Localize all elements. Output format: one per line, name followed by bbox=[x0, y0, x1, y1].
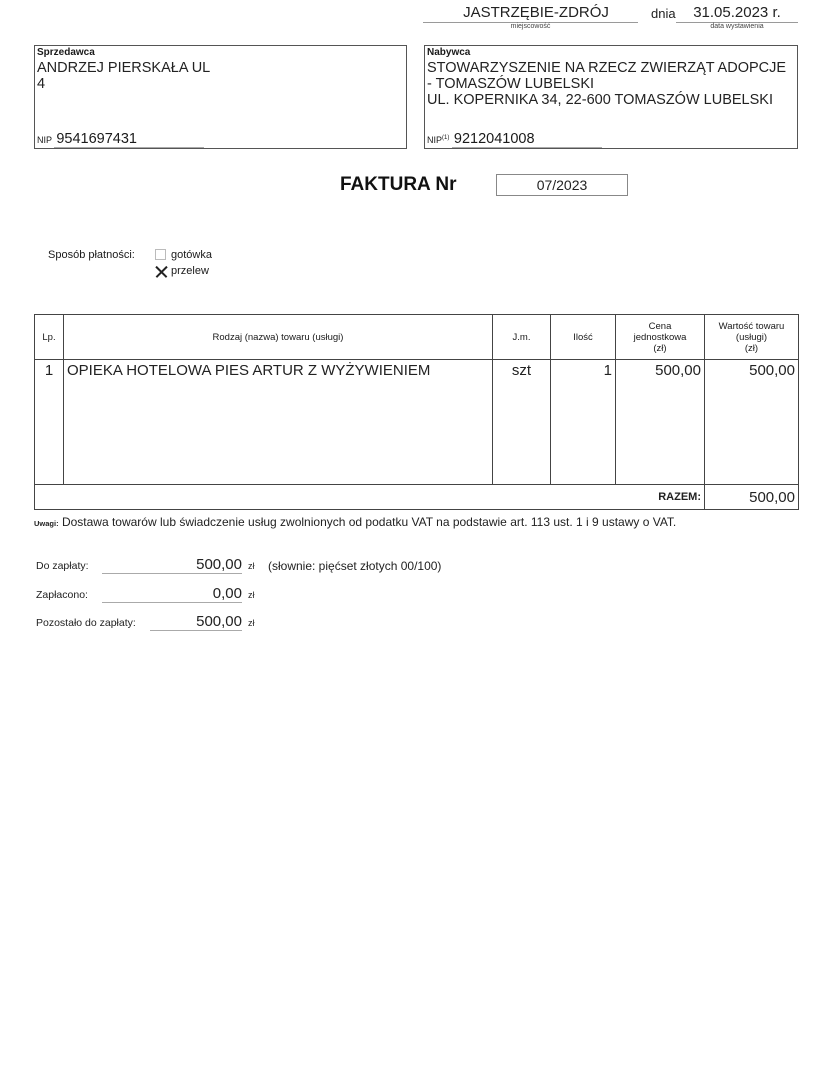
col-header-price-line: jednostkowa bbox=[619, 332, 701, 343]
buyer-label: Nabywca bbox=[427, 47, 470, 58]
date-caption: data wystawienia bbox=[676, 23, 798, 30]
table-header-row: Lp. Rodzaj (nazwa) towaru (usługi) J.m. … bbox=[35, 315, 799, 360]
buyer-nip-label: NIP bbox=[427, 135, 442, 145]
col-header-value-line: (zł) bbox=[708, 343, 795, 354]
seller-label: Sprzedawca bbox=[37, 47, 95, 58]
col-header-price-line: Cena bbox=[619, 321, 701, 332]
issue-date-value: 31.05.2023 r. bbox=[676, 4, 798, 21]
cell-price: 500,00 bbox=[616, 360, 705, 485]
table-total-row: RAZEM: 500,00 bbox=[35, 485, 799, 510]
total-value: 500,00 bbox=[705, 485, 799, 510]
seller-box: Sprzedawca ANDRZEJ PIERSKAŁA UL 4 NIP 95… bbox=[34, 45, 407, 149]
items-table: Lp. Rodzaj (nazwa) towaru (usługi) J.m. … bbox=[34, 314, 799, 510]
place-value: JASTRZĘBIE-ZDRÓJ bbox=[436, 4, 636, 21]
seller-name-line: ANDRZEJ PIERSKAŁA UL bbox=[37, 60, 402, 76]
amount-in-words: (słownie: pięćset złotych 00/100) bbox=[268, 559, 441, 573]
col-header-lp: Lp. bbox=[35, 315, 64, 360]
amount-due-value: 500,00 bbox=[102, 556, 242, 574]
col-header-unit: J.m. bbox=[493, 315, 551, 360]
amount-remaining-row: Pozostało do zapłaty: 500,00 zł bbox=[36, 617, 136, 629]
buyer-box: Nabywca STOWARZYSZENIE NA RZECZ ZWIERZĄT… bbox=[424, 45, 798, 149]
cell-value: 500,00 bbox=[705, 360, 799, 485]
buyer-name-line: - TOMASZÓW LUBELSKI bbox=[427, 76, 793, 92]
seller-name: ANDRZEJ PIERSKAŁA UL 4 bbox=[37, 60, 402, 92]
amount-due-row: Do zapłaty: 500,00 zł (słownie: pięćset … bbox=[36, 560, 89, 572]
amount-paid-label: Zapłacono: bbox=[36, 589, 88, 601]
remarks-text: Dostawa towarów lub świadczenie usług zw… bbox=[62, 515, 676, 529]
payment-option-label: gotówka bbox=[171, 249, 212, 261]
payment-option-cash[interactable]: gotówka bbox=[155, 249, 212, 261]
remarks-label: Uwagi: bbox=[34, 519, 59, 528]
seller-nip-label: NIP bbox=[37, 135, 52, 145]
col-header-value-line: (usługi) bbox=[708, 332, 795, 343]
payment-option-label: przelew bbox=[171, 265, 209, 277]
amount-paid-currency: zł bbox=[248, 590, 255, 600]
buyer-name: STOWARZYSZENIE NA RZECZ ZWIERZĄT ADOPCJE… bbox=[427, 60, 793, 108]
buyer-name-line: UL. KOPERNIKA 34, 22-600 TOMASZÓW LUBELS… bbox=[427, 92, 793, 108]
buyer-name-line: STOWARZYSZENIE NA RZECZ ZWIERZĄT ADOPCJE bbox=[427, 60, 793, 76]
payment-option-transfer[interactable]: przelew bbox=[155, 265, 209, 277]
amount-paid-row: Zapłacono: 0,00 zł bbox=[36, 589, 88, 601]
payment-method-label: Sposób płatności: bbox=[48, 249, 135, 261]
amount-paid-value: 0,00 bbox=[102, 585, 242, 603]
total-label: RAZEM: bbox=[35, 485, 705, 510]
remarks: Uwagi: Dostawa towarów lub świadczenie u… bbox=[34, 515, 676, 529]
invoice-title: FAKTURA Nr bbox=[340, 174, 456, 196]
col-header-name: Rodzaj (nazwa) towaru (usługi) bbox=[64, 315, 493, 360]
buyer-nip: NIP(1) 9212041008 bbox=[427, 132, 602, 148]
cell-name: OPIEKA HOTELOWA PIES ARTUR Z WYŻYWIENIEM bbox=[64, 360, 493, 485]
invoice-number: 07/2023 bbox=[496, 174, 628, 196]
col-header-price-line: (zł) bbox=[619, 343, 701, 354]
col-header-value: Wartość towaru (usługi) (zł) bbox=[705, 315, 799, 360]
checkbox-cross-icon[interactable] bbox=[155, 265, 166, 276]
place-caption: miejscowość bbox=[423, 23, 638, 30]
amount-due-currency: zł bbox=[248, 561, 255, 571]
cell-qty: 1 bbox=[551, 360, 616, 485]
amount-due-label: Do zapłaty: bbox=[36, 560, 89, 572]
date-prefix: dnia bbox=[651, 6, 676, 21]
cell-unit: szt bbox=[493, 360, 551, 485]
cell-lp: 1 bbox=[35, 360, 64, 485]
seller-nip-value: 9541697431 bbox=[54, 132, 204, 148]
seller-name-line: 4 bbox=[37, 76, 402, 92]
col-header-price: Cena jednostkowa (zł) bbox=[616, 315, 705, 360]
amount-remaining-currency: zł bbox=[248, 618, 255, 628]
buyer-nip-value: 9212041008 bbox=[452, 132, 602, 148]
col-header-qty: Ilość bbox=[551, 315, 616, 360]
amount-remaining-label: Pozostało do zapłaty: bbox=[36, 617, 136, 629]
amount-remaining-value: 500,00 bbox=[150, 613, 242, 631]
checkbox-unchecked-icon[interactable] bbox=[155, 249, 166, 260]
seller-nip: NIP 9541697431 bbox=[37, 132, 204, 148]
buyer-nip-footnote: (1) bbox=[442, 135, 449, 141]
col-header-value-line: Wartość towaru bbox=[708, 321, 795, 332]
table-row: 1 OPIEKA HOTELOWA PIES ARTUR Z WYŻYWIENI… bbox=[35, 360, 799, 485]
